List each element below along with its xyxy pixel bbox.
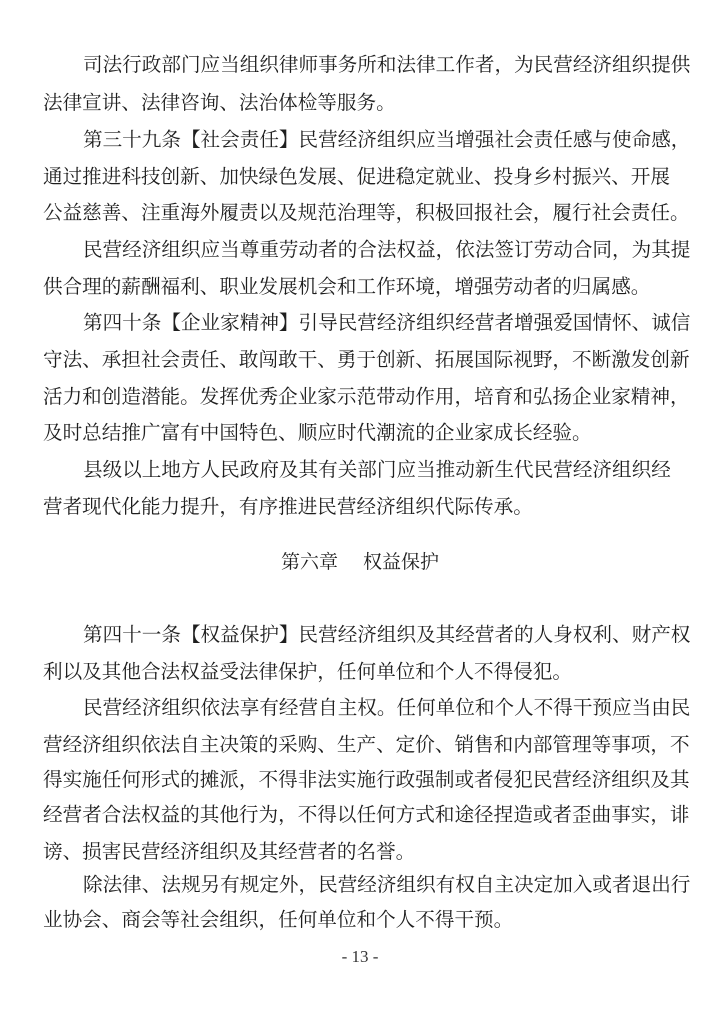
document-page: 司法行政部门应当组织律师事务所和法律工作者，为民营经济组织提供 法律宣讲、法律咨… bbox=[0, 0, 720, 1018]
text-line: 法律宣讲、法律咨询、法治体检等服务。 bbox=[43, 90, 683, 116]
text-line: 第四十一条【权益保护】民营经济组织及其经营者的人身权利、财产权 bbox=[83, 622, 720, 648]
text-line: 第四十条【企业家精神】引导民营经济组织经营者增强爱国情怀、诚信 bbox=[83, 310, 720, 336]
text-line: 县级以上地方人民政府及其有关部门应当推动新生代民营经济组织经 bbox=[83, 457, 720, 483]
text-line: 公益慈善、注重海外履责以及规范治理等，积极回报社会，履行社会责任。 bbox=[43, 200, 683, 226]
text-line: 民营经济组织应当尊重劳动者的合法权益，依法签订劳动合同，为其提 bbox=[83, 237, 720, 263]
text-line: 第三十九条【社会责任】民营经济组织应当增强社会责任感与使命感， bbox=[83, 127, 720, 153]
text-line: 通过推进科技创新、加快绿色发展、促进稳定就业、投身乡村振兴、开展 bbox=[43, 164, 683, 190]
text-line: 民营经济组织依法享有经营自主权。任何单位和个人不得干预应当由民 bbox=[83, 695, 720, 721]
text-line: 业协会、商会等社会组织，任何单位和个人不得干预。 bbox=[43, 907, 683, 933]
text-line: 谤、损害民营经济组织及其经营者的名誉。 bbox=[43, 839, 683, 865]
chapter-title: 第六章 权益保护 bbox=[0, 549, 720, 575]
text-line: 供合理的薪酬福利、职业发展机会和工作环境，增强劳动者的归属感。 bbox=[43, 274, 683, 300]
text-line: 得实施任何形式的摊派，不得非法实施行政强制或者侵犯民营经济组织及其 bbox=[43, 767, 683, 793]
page-number: - 13 - bbox=[0, 946, 720, 968]
text-line: 营经济组织依法自主决策的采购、生产、定价、销售和内部管理等事项，不 bbox=[43, 732, 683, 758]
text-line: 活力和创造潜能。发挥优秀企业家示范带动作用，培育和弘扬企业家精神， bbox=[43, 384, 683, 410]
text-line: 经营者合法权益的其他行为，不得以任何方式和途径捏造或者歪曲事实，诽 bbox=[43, 802, 683, 828]
text-line: 营者现代化能力提升，有序推进民营经济组织代际传承。 bbox=[43, 494, 683, 520]
text-line: 及时总结推广富有中国特色、顺应时代潮流的企业家成长经验。 bbox=[43, 420, 683, 446]
text-line: 司法行政部门应当组织律师事务所和法律工作者，为民营经济组织提供 bbox=[83, 52, 720, 78]
text-line: 守法、承担社会责任、敢闯敢干、勇于创新、拓展国际视野，不断激发创新 bbox=[43, 347, 683, 373]
text-line: 除法律、法规另有规定外，民营经济组织有权自主决定加入或者退出行 bbox=[83, 872, 720, 898]
text-line: 利以及其他合法权益受法律保护，任何单位和个人不得侵犯。 bbox=[43, 659, 683, 685]
